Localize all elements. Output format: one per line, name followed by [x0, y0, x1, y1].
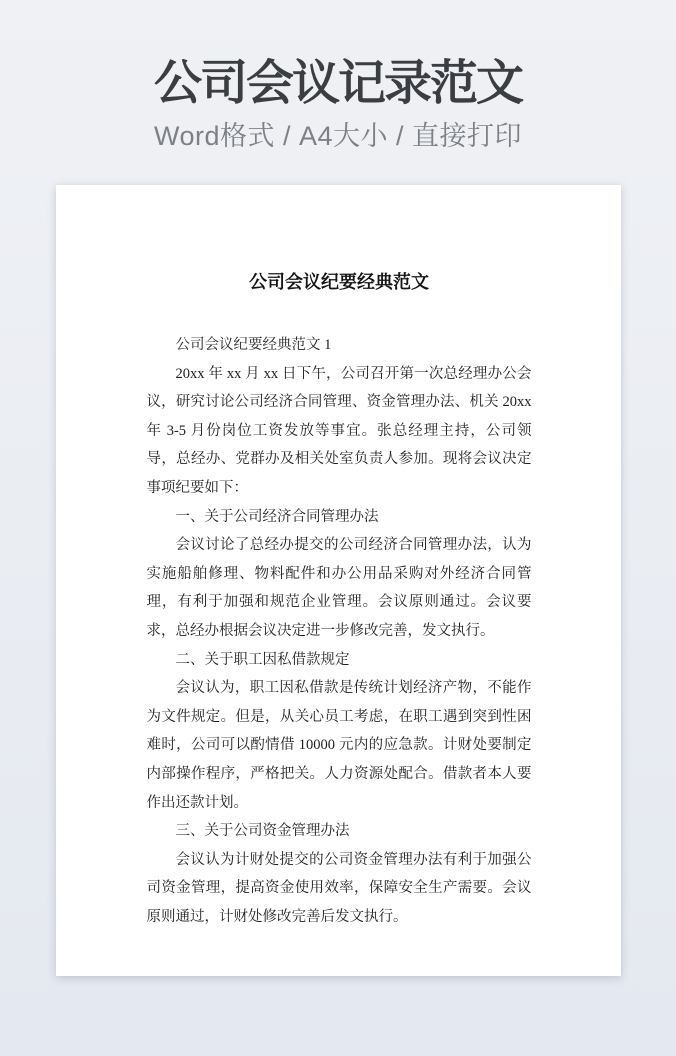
document-body: 公司会议纪要经典范文 120xx 年 xx 月 xx 日下午，公司召开第一次总经… [147, 331, 532, 931]
document-title: 公司会议纪要经典范文 [147, 270, 532, 294]
document-paragraph: 会议认为，职工因私借款是传统计划经济产物，不能作为文件规定。但是，从关心员工考虑… [147, 674, 532, 817]
page-subtitle: Word格式 / A4大小 / 直接打印 [0, 118, 676, 154]
page-title: 公司会议记录范文 [0, 56, 676, 112]
document-paragraph: 会议认为计财处提交的公司资金管理办法有利于加强公司资金管理，提高资金使用效率，保… [147, 846, 532, 932]
document-paragraph: 20xx 年 xx 月 xx 日下午，公司召开第一次总经理办公会议，研究讨论公司… [147, 360, 532, 503]
document-paragraph: 三、关于公司资金管理办法 [147, 817, 532, 846]
document-page: 公司会议纪要经典范文 公司会议纪要经典范文 120xx 年 xx 月 xx 日下… [56, 185, 621, 976]
document-paragraph: 一、关于公司经济合同管理办法 [147, 503, 532, 532]
document-paragraph: 会议讨论了总经办提交的公司经济合同管理办法，认为实施船舶修理、物料配件和办公用品… [147, 531, 532, 645]
hero-header: 公司会议记录范文 Word格式 / A4大小 / 直接打印 [0, 0, 676, 154]
page-background: 公司会议记录范文 Word格式 / A4大小 / 直接打印 公司会议纪要经典范文… [0, 0, 676, 1056]
document-paragraph: 公司会议纪要经典范文 1 [147, 331, 532, 360]
document-paragraph: 二、关于职工因私借款规定 [147, 646, 532, 675]
